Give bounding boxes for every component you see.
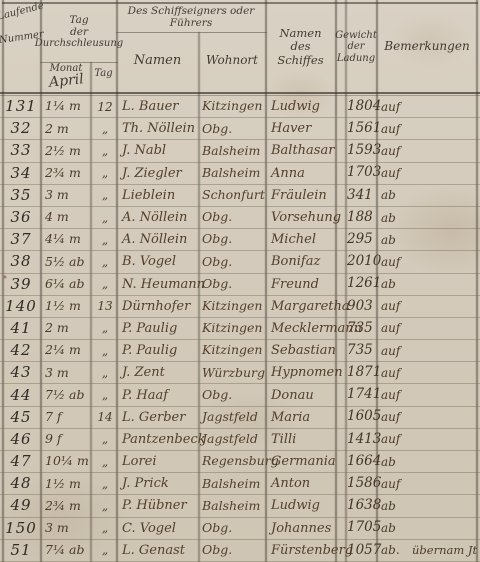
- ship-name: Margaretha: [267, 300, 337, 313]
- col-header-tag: Tag: [91, 63, 116, 85]
- cargo-weight: 1413: [347, 433, 378, 447]
- skipper-name: L. Gerber: [118, 411, 200, 424]
- col-header-monat: Monat April: [42, 63, 90, 92]
- row-number: 42: [0, 343, 42, 358]
- header-label: Laufende: [0, 0, 45, 23]
- day-of-month: „: [92, 212, 118, 224]
- col-header-tag-der-durchschleusung: Tag der Durchschleusung: [42, 3, 116, 61]
- residence: Balsheim: [200, 145, 267, 158]
- skipper-name: J. Prick: [118, 477, 200, 490]
- table-row: 374¼ m„A. NölleinObg.Michel295ab: [0, 229, 480, 251]
- cargo-weight: 295: [347, 233, 378, 247]
- ledger-page: Laufende Nummer Tag der Durchschleusung …: [0, 0, 480, 562]
- direction: ab: [378, 212, 412, 224]
- cargo-weight: 1605: [347, 410, 378, 424]
- table-row: 481½ m„J. PrickBalsheimAnton1586auf: [0, 473, 480, 495]
- header-label: Tag: [69, 14, 88, 26]
- cargo-weight: 1057: [347, 544, 378, 558]
- row-number: 36: [0, 210, 42, 225]
- residence: Obg.: [200, 544, 267, 557]
- skipper-name: A. Nöllein: [118, 211, 200, 224]
- header-label: Bemerkungen: [384, 40, 469, 54]
- skipper-name: P. Paulig: [118, 322, 200, 335]
- residence: Obg.: [200, 522, 267, 535]
- skipper-name: Lorei: [118, 455, 200, 468]
- direction: ab: [378, 456, 412, 468]
- residence: Balsheim: [200, 167, 267, 180]
- header-label: des: [290, 40, 310, 53]
- table-row: 322 m„Th. NölleinObg.Haver1561auf: [0, 118, 480, 140]
- time-of-day: 3 m: [42, 189, 92, 202]
- skipper-name: L. Bauer: [118, 100, 200, 113]
- ship-name: Sebastian: [267, 344, 337, 357]
- col-header-namen: Namen: [117, 33, 198, 89]
- table-row: 1503 m„C. VogelObg.Johannes1705ab: [0, 518, 480, 540]
- header-label: der: [70, 26, 88, 38]
- cargo-weight: 735: [347, 322, 378, 336]
- day-of-month: „: [92, 322, 118, 334]
- skipper-name: J. Nabl: [118, 144, 200, 157]
- direction: ab: [378, 522, 412, 534]
- cargo-weight: 1638: [347, 499, 378, 513]
- day-of-month: „: [92, 456, 118, 468]
- time-of-day: 7½ ab: [42, 389, 92, 402]
- ship-name: Fräulein: [267, 189, 337, 202]
- ship-name: Johannes: [267, 522, 337, 535]
- header-label: Des Schiffseigners oder: [128, 5, 255, 17]
- residence: Regensburg: [200, 455, 267, 468]
- day-of-month: „: [92, 478, 118, 490]
- skipper-name: C. Vogel: [118, 522, 200, 535]
- direction: ab: [378, 189, 412, 201]
- day-of-month: „: [92, 389, 118, 401]
- cargo-weight: 1703: [347, 166, 378, 180]
- direction: ab: [378, 500, 412, 512]
- cargo-weight: 1804: [347, 100, 378, 114]
- time-of-day: 1½ m: [42, 478, 92, 491]
- ship-name: Haver: [267, 122, 337, 135]
- cargo-weight: 735: [347, 344, 378, 358]
- direction: auf: [378, 433, 412, 445]
- cargo-weight: 1705: [347, 521, 378, 535]
- residence: Würzburg: [200, 367, 267, 380]
- direction: auf: [378, 411, 412, 423]
- month-value: April: [48, 71, 84, 91]
- table-row: 492¾ m„P. HübnerBalsheimLudwig1638ab: [0, 495, 480, 517]
- time-of-day: 10¼ m: [42, 455, 92, 468]
- residence: Obg.: [200, 123, 267, 136]
- day-of-month: „: [92, 278, 118, 290]
- col-header-schiffsname: Namen des Schiffes: [266, 4, 335, 90]
- direction: auf: [378, 101, 412, 113]
- header-label: Ladung: [337, 53, 375, 65]
- ship-name: Freund: [267, 278, 337, 291]
- row-number: 46: [0, 432, 42, 447]
- cargo-weight: 903: [347, 300, 378, 314]
- col-header-wohnort: Wohnort: [199, 33, 265, 89]
- cargo-weight: 341: [347, 189, 378, 203]
- time-of-day: 3 m: [42, 522, 92, 535]
- ship-name: Tilli: [267, 433, 337, 446]
- residence: Balsheim: [200, 500, 267, 513]
- direction: auf: [378, 167, 412, 179]
- residence: Obg.: [200, 256, 267, 269]
- col-header-schiffsfuehrer-group: Des Schiffseigners oder Führers: [117, 3, 265, 31]
- header-label: Führers: [170, 17, 212, 29]
- direction: auf: [378, 322, 412, 334]
- residence: Obg.: [200, 278, 267, 291]
- direction: auf: [378, 123, 412, 135]
- cargo-weight: 1593: [347, 144, 378, 158]
- skipper-name: Pantzenbeck: [118, 433, 200, 446]
- direction: auf: [378, 478, 412, 490]
- day-of-month: „: [92, 123, 118, 135]
- residence: Kitzingen: [200, 300, 267, 313]
- row-number: 131: [0, 99, 42, 114]
- ship-name: Fürstenberg: [267, 544, 337, 557]
- direction: ab: [378, 234, 412, 246]
- col-header-bemerkungen: Bemerkungen: [377, 4, 477, 90]
- day-of-month: „: [92, 345, 118, 357]
- row-number: 41: [0, 321, 42, 336]
- direction: auf: [378, 389, 412, 401]
- row-number: 37: [0, 232, 42, 247]
- ledger-rows: 1311¼ m12L. BauerKitzingenLudwig1804auf3…: [0, 96, 480, 562]
- direction: ab: [378, 278, 412, 290]
- row-number: 39: [0, 277, 42, 292]
- day-of-month: 13: [92, 300, 118, 312]
- ship-name: Mecklermann: [267, 322, 337, 335]
- cargo-weight: 1871: [347, 366, 378, 380]
- direction: auf: [378, 300, 412, 312]
- time-of-day: 4 m: [42, 211, 92, 224]
- row-number: 35: [0, 188, 42, 203]
- table-row: 385½ ab„B. VogelObg.Bonifaz2010auf: [0, 251, 480, 273]
- residence: Kitzingen: [200, 344, 267, 357]
- direction: auf: [378, 345, 412, 357]
- day-of-month: 14: [92, 411, 118, 423]
- table-row: 1311¼ m12L. BauerKitzingenLudwig1804auf: [0, 96, 480, 118]
- day-of-month: „: [92, 256, 118, 268]
- day-of-month: „: [92, 544, 118, 556]
- table-row: 469 f„PantzenbeckJagstfeldTilli1413auf: [0, 429, 480, 451]
- table-row: 457 f14L. GerberJagstfeldMaria1605auf: [0, 407, 480, 429]
- row-number: 34: [0, 166, 42, 181]
- table-row: 4710¼ m„LoreiRegensburgGermania1664ab: [0, 451, 480, 473]
- time-of-day: 7 f: [42, 411, 92, 424]
- direction: ab.: [378, 544, 412, 556]
- table-row: 412 m„P. PauligKitzingenMecklermann735au…: [0, 318, 480, 340]
- header-label: Tag: [94, 68, 112, 80]
- rule-line: [0, 92, 480, 94]
- table-row: 517¼ ab„L. GenastObg.Fürstenberg1057ab.ü…: [0, 540, 480, 562]
- row-number: 44: [0, 388, 42, 403]
- cargo-weight: 188: [347, 211, 378, 225]
- ship-name: Donau: [267, 389, 337, 402]
- time-of-day: 2½ m: [42, 145, 92, 158]
- ship-name: Vorsehung: [267, 211, 337, 224]
- direction: auf: [378, 256, 412, 268]
- skipper-name: P. Paulig: [118, 344, 200, 357]
- day-of-month: „: [92, 189, 118, 201]
- direction: auf: [378, 145, 412, 157]
- direction: auf: [378, 367, 412, 379]
- table-row: 353 m„LiebleinSchonfurtFräulein341ab: [0, 185, 480, 207]
- residence: Balsheim: [200, 478, 267, 491]
- residence: Obg.: [200, 233, 267, 246]
- time-of-day: 7¼ ab: [42, 544, 92, 557]
- cargo-weight: 2010: [347, 255, 378, 269]
- skipper-name: A. Nöllein: [118, 233, 200, 246]
- day-of-month: 12: [92, 101, 118, 113]
- skipper-name: J. Zent: [118, 366, 200, 379]
- day-of-month: „: [92, 234, 118, 246]
- table-row: 332½ m„J. NablBalsheimBalthasar1593auf: [0, 140, 480, 162]
- table-row: 396¼ ab„N. HeumannObg.Freund1261ab: [0, 274, 480, 296]
- skipper-name: P. Haaf: [118, 389, 200, 402]
- day-of-month: „: [92, 145, 118, 157]
- row-number: 33: [0, 143, 42, 158]
- ship-name: Ludwig: [267, 499, 337, 512]
- cargo-weight: 1561: [347, 122, 378, 136]
- day-of-month: „: [92, 367, 118, 379]
- time-of-day: 1¼ m: [42, 100, 92, 113]
- time-of-day: 2 m: [42, 322, 92, 335]
- row-number: 43: [0, 365, 42, 380]
- time-of-day: 2 m: [42, 123, 92, 136]
- time-of-day: 5½ ab: [42, 256, 92, 269]
- header-label: Namen: [134, 54, 182, 69]
- time-of-day: 2¾ m: [42, 500, 92, 513]
- header-label: Gewicht: [335, 30, 377, 42]
- table-row: 1401½ m13DürnhoferKitzingenMargaretha903…: [0, 296, 480, 318]
- row-number: 48: [0, 476, 42, 491]
- header-label: Durchschleusung: [35, 38, 123, 50]
- cargo-weight: 1261: [347, 277, 378, 291]
- ship-name: Germania: [267, 455, 337, 468]
- time-of-day: 3 m: [42, 367, 92, 380]
- header-label: Schiffes: [277, 54, 323, 67]
- skipper-name: N. Heumann: [118, 278, 200, 291]
- cargo-weight: 1586: [347, 477, 378, 491]
- ship-name: Maria: [267, 411, 337, 424]
- day-of-month: „: [92, 433, 118, 445]
- time-of-day: 9 f: [42, 433, 92, 446]
- ship-name: Anna: [267, 167, 337, 180]
- table-row: 422¼ m„P. PauligKitzingenSebastian735auf: [0, 340, 480, 362]
- skipper-name: P. Hübner: [118, 499, 200, 512]
- skipper-name: Dürnhofer: [118, 300, 200, 313]
- cargo-weight: 1664: [347, 455, 378, 469]
- row-number: 49: [0, 498, 42, 513]
- row-number: 140: [0, 299, 42, 314]
- table-row: 364 m„A. NölleinObg.Vorsehung188ab: [0, 207, 480, 229]
- residence: Kitzingen: [200, 100, 267, 113]
- ship-name: Michel: [267, 233, 337, 246]
- row-number: 38: [0, 254, 42, 269]
- residence: Schonfurt: [200, 189, 267, 202]
- ship-name: Hypnomen: [267, 366, 337, 379]
- row-number: 51: [0, 543, 42, 558]
- skipper-name: Lieblein: [118, 189, 200, 202]
- residence: Obg.: [200, 211, 267, 224]
- day-of-month: „: [92, 167, 118, 179]
- table-row: 342¾ m„J. ZieglerBalsheimAnna1703auf: [0, 163, 480, 185]
- row-number: 45: [0, 410, 42, 425]
- header-label: der: [347, 41, 364, 53]
- day-of-month: „: [92, 522, 118, 534]
- cargo-weight: 1741: [347, 388, 378, 402]
- time-of-day: 1½ m: [42, 300, 92, 313]
- table-row: 433 m„J. ZentWürzburgHypnomen1871auf: [0, 362, 480, 384]
- ship-name: Ludwig: [267, 100, 337, 113]
- skipper-name: Th. Nöllein: [118, 122, 200, 135]
- col-header-gewicht-der-ladung: Gewicht der Ladung: [336, 4, 376, 90]
- header-label: Wohnort: [206, 54, 258, 68]
- residence: Kitzingen: [200, 322, 267, 335]
- row-number: 150: [0, 521, 42, 536]
- day-of-month: „: [92, 500, 118, 512]
- ship-name: Anton: [267, 477, 337, 490]
- residence: Jagstfeld: [200, 433, 267, 446]
- remark: übernam Jt: [412, 545, 480, 557]
- ship-name: Balthasar: [267, 144, 337, 157]
- time-of-day: 6¼ ab: [42, 278, 92, 291]
- skipper-name: J. Ziegler: [118, 167, 200, 180]
- table-row: 447½ ab„P. HaafObg.Donau1741auf: [0, 384, 480, 406]
- row-number: 47: [0, 454, 42, 469]
- skipper-name: B. Vogel: [118, 255, 200, 268]
- skipper-name: L. Genast: [118, 544, 200, 557]
- time-of-day: 2¾ m: [42, 167, 92, 180]
- residence: Jagstfeld: [200, 411, 267, 424]
- residence: Obg.: [200, 389, 267, 402]
- time-of-day: 4¼ m: [42, 233, 92, 246]
- row-number: 32: [0, 121, 42, 136]
- ship-name: Bonifaz: [267, 255, 337, 268]
- time-of-day: 2¼ m: [42, 344, 92, 357]
